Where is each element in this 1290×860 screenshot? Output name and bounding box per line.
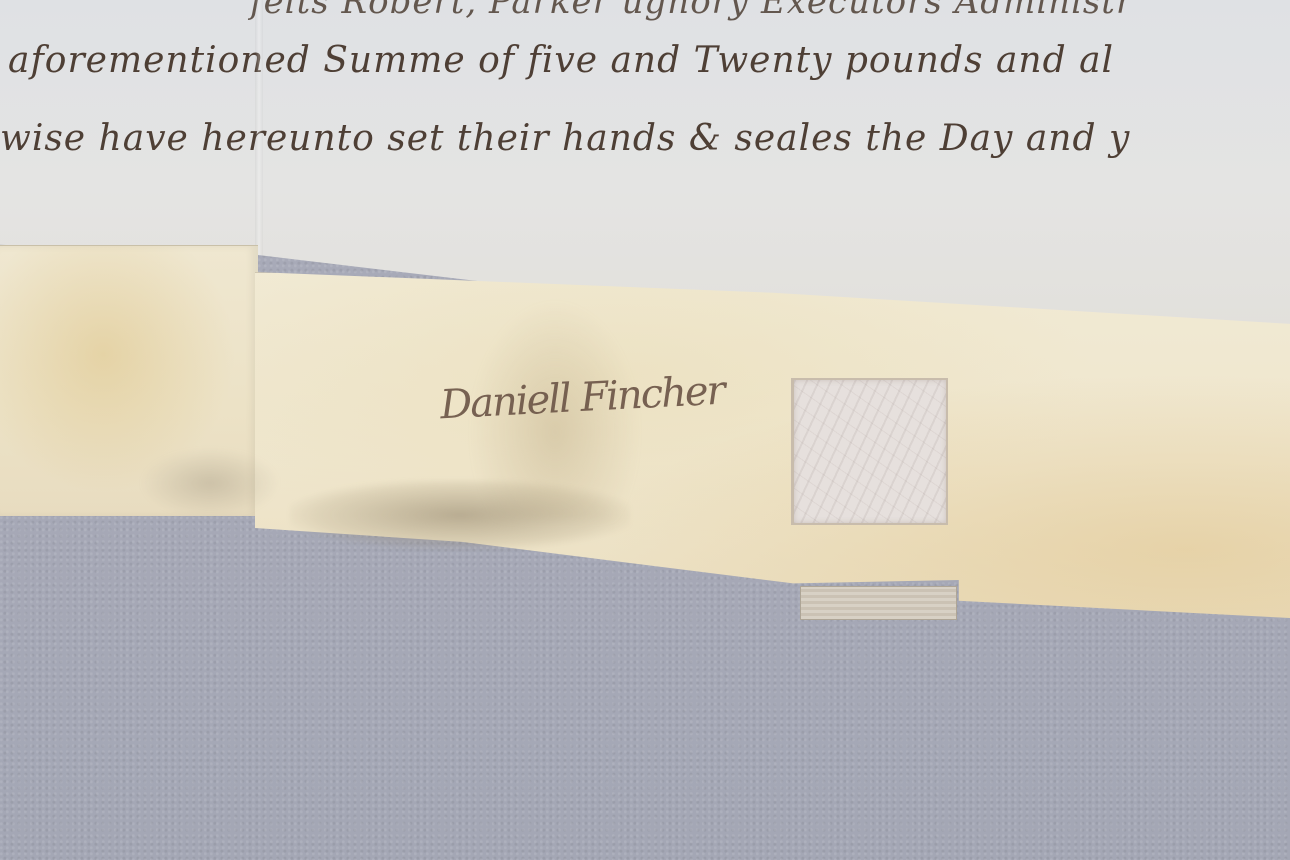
seal-tag xyxy=(800,586,957,620)
handwritten-line-2: wise have hereunto set their hands & sea… xyxy=(0,118,1130,159)
water-stain-lower xyxy=(290,480,630,550)
handwritten-line-0: felts Robert, Parker ugnory Executors Ad… xyxy=(250,0,1133,22)
handwritten-line-1: aforementioned Summe of five and Twenty … xyxy=(8,40,1114,81)
seal-patch xyxy=(791,378,948,525)
water-stain-left xyxy=(140,448,280,518)
